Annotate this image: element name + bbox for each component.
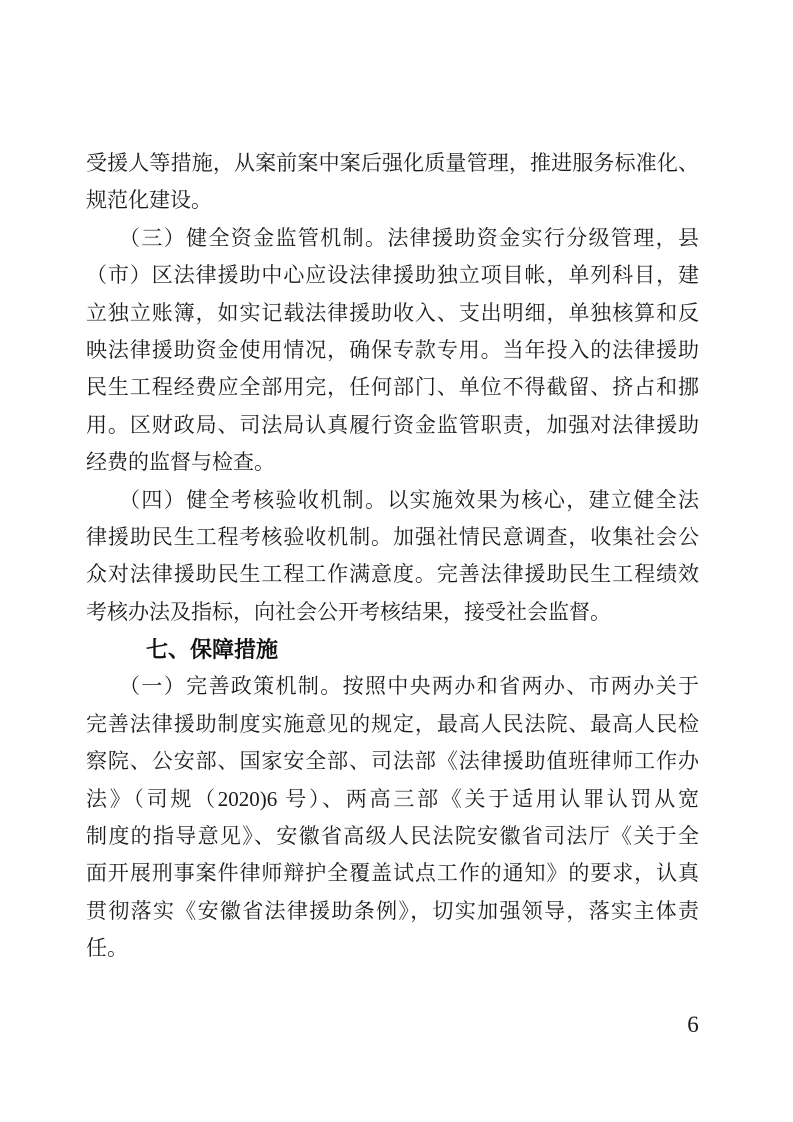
document-line: 面开展刑事案件律师辩护全覆盖试点工作的通知》的要求，认真 — [86, 855, 699, 892]
document-line: （市）区法律援助中心应设法律援助独立项目帐，单列科目，建 — [86, 257, 699, 294]
page-number: 6 — [678, 1012, 708, 1038]
document-line: 立独立账簿，如实记载法律援助收入、支出明细，单独核算和反 — [86, 295, 699, 332]
document-line: 贯彻落实《安徽省法律援助条例》，切实加强领导，落实主体责 — [86, 893, 699, 930]
document-line: （四）健全考核验收机制。以实施效果为核心，建立健全法 — [86, 482, 699, 519]
document-line: 民生工程经费应全部用完，任何部门、单位不得截留、挤占和挪 — [86, 369, 699, 406]
document-line: 用。区财政局、司法局认真履行资金监管职责，加强对法律援助 — [86, 407, 699, 444]
document-line: 完善法律援助制度实施意见的规定，最高人民法院、最高人民检 — [86, 706, 699, 743]
document-line: 规范化建设。 — [86, 182, 699, 219]
section-heading: 七、保障措施 — [146, 631, 699, 668]
document-line: 经费的监督与检查。 — [86, 444, 699, 481]
document-line: 众对法律援助民生工程工作满意度。完善法律援助民生工程绩效 — [86, 556, 699, 593]
document-page: 受援人等措施，从案前案中案后强化质量管理，推进服务标准化、规范化建设。（三）健全… — [0, 0, 793, 1122]
document-line: 律援助民生工程考核验收机制。加强社情民意调查，收集社会公 — [86, 519, 699, 556]
document-line: 法》（司规（2020)6 号）、两高三部《关于适用认罪认罚从宽 — [86, 781, 699, 818]
document-body: 受援人等措施，从案前案中案后强化质量管理，推进服务标准化、规范化建设。（三）健全… — [86, 145, 699, 968]
document-line: 察院、公安部、国家安全部、司法部《法律援助值班律师工作办 — [86, 743, 699, 780]
document-line: （一）完善政策机制。按照中央两办和省两办、市两办关于 — [86, 668, 699, 705]
document-line: 任。 — [86, 930, 699, 967]
document-line: 映法律援助资金使用情况，确保专款专用。当年投入的法律援助 — [86, 332, 699, 369]
document-line: 受援人等措施，从案前案中案后强化质量管理，推进服务标准化、 — [86, 145, 699, 182]
document-line: 考核办法及指标，向社会公开考核结果，接受社会监督。 — [86, 594, 699, 631]
document-line: 制度的指导意见》、安徽省高级人民法院安徽省司法厅《关于全 — [86, 818, 699, 855]
document-line: （三）健全资金监管机制。法律援助资金实行分级管理，县 — [86, 220, 699, 257]
